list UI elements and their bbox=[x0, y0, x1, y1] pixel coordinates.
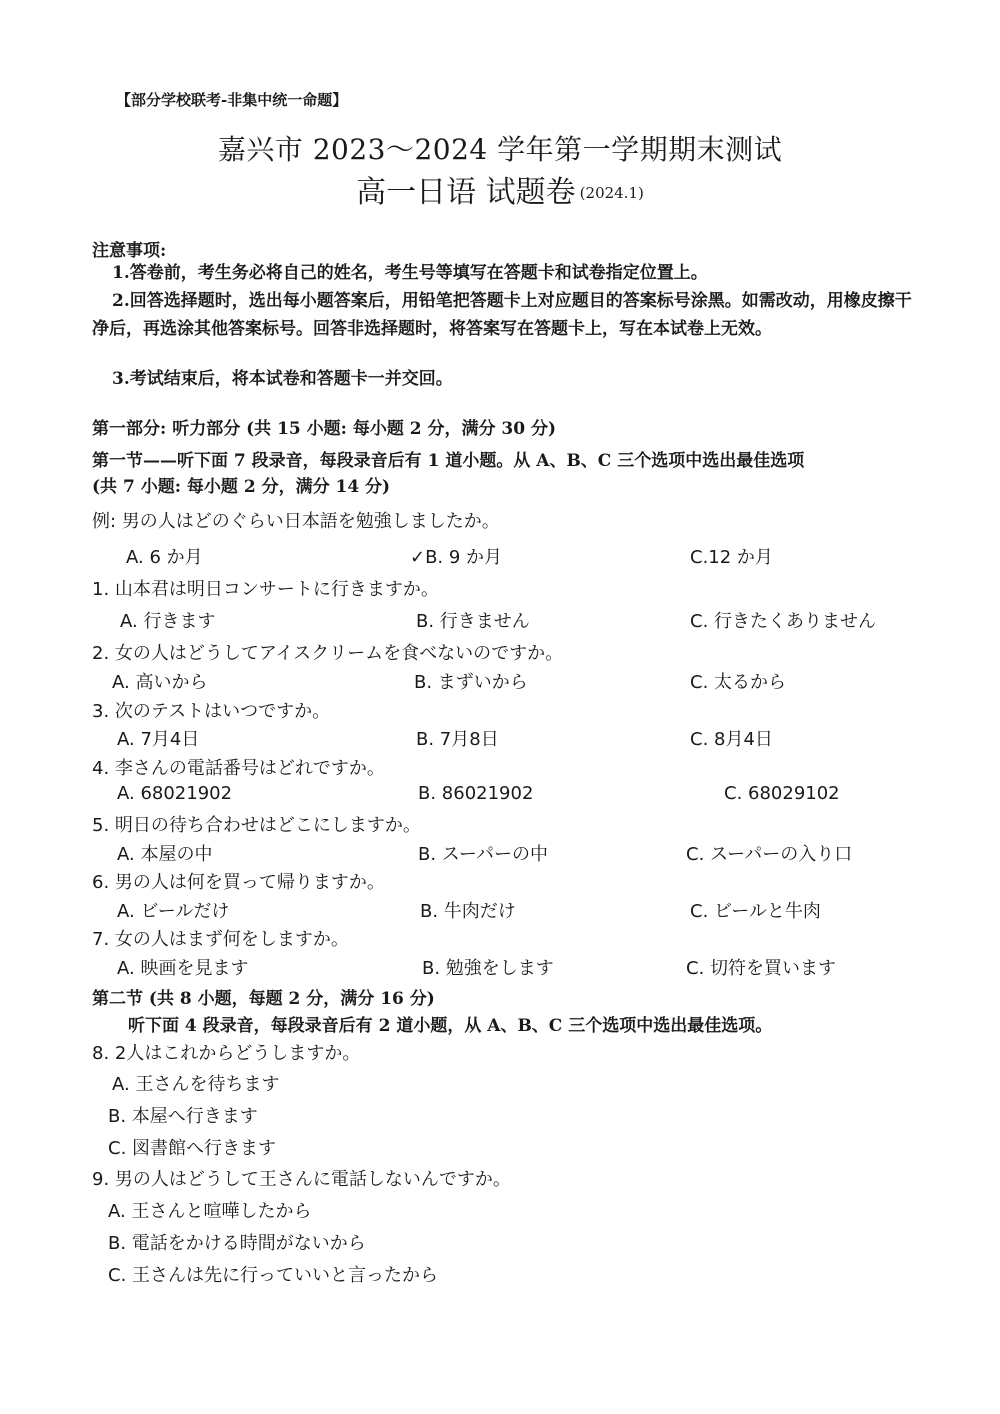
q7-option-a: A. 映画を見ます bbox=[117, 954, 248, 980]
q6-option-a: A. ビールだけ bbox=[117, 897, 229, 923]
q9-option-c: C. 王さんは先に行っていいと言ったから bbox=[108, 1261, 438, 1287]
section1-heading-cont: (共 7 小题: 每小题 2 分，满分 14 分) bbox=[92, 472, 390, 497]
q9-option-b: B. 電話をかける時間がないから bbox=[108, 1229, 366, 1255]
q4-option-c: C. 68029102 bbox=[724, 783, 840, 804]
question-1: 1. 山本君は明日コンサートに行きますか。 bbox=[92, 575, 439, 601]
example-option-b: ✓B. 9 か月 bbox=[410, 543, 502, 569]
exam-source-tag: 【部分学校联考-非集中统一命题】 bbox=[116, 89, 347, 110]
q9-option-a: A. 王さんと喧嘩したから bbox=[108, 1197, 311, 1223]
q3-option-b: B. 7月8日 bbox=[416, 725, 499, 751]
exam-title: 嘉兴市 2023～2024 学年第一学期期末测试 bbox=[0, 128, 1000, 168]
q5-option-b: B. スーパーの中 bbox=[418, 840, 548, 866]
part1-heading: 第一部分: 听力部分 (共 15 小题: 每小题 2 分，满分 30 分) bbox=[92, 414, 556, 439]
section1-heading: 第一节——听下面 7 段录音，每段录音后有 1 道小题。从 A、B、C 三个选项… bbox=[92, 446, 804, 471]
q4-option-a: A. 68021902 bbox=[117, 783, 232, 804]
q8-option-b: B. 本屋へ行きます bbox=[108, 1102, 258, 1128]
q3-option-c: C. 8月4日 bbox=[690, 725, 773, 751]
q7-option-c: C. 切符を買います bbox=[686, 954, 836, 980]
example-option-c: C.12 か月 bbox=[690, 543, 773, 569]
q4-option-b: B. 86021902 bbox=[418, 783, 533, 804]
question-6: 6. 男の人は何を買って帰りますか。 bbox=[92, 868, 385, 894]
q5-option-c: C. スーパーの入り口 bbox=[686, 840, 852, 866]
q8-option-a: A. 王さんを待ちます bbox=[112, 1070, 279, 1096]
notice-item-1: 1.答卷前，考生务必将自己的姓名，考生号等填写在答题卡和试卷指定位置上。 bbox=[92, 259, 920, 287]
q6-option-c: C. ビールと牛肉 bbox=[690, 897, 821, 923]
q7-option-b: B. 勉強をします bbox=[422, 954, 554, 980]
q2-option-a: A. 高いから bbox=[112, 668, 207, 694]
q1-option-c: C. 行きたくありません bbox=[690, 607, 876, 633]
q8-option-c: C. 図書館へ行きます bbox=[108, 1134, 276, 1160]
example-question: 例: 男の人はどのぐらい日本語を勉強しましたか。 bbox=[92, 507, 500, 533]
q5-option-a: A. 本屋の中 bbox=[117, 840, 212, 866]
section2-instruction: 听下面 4 段录音，每段录音后有 2 道小题，从 A、B、C 三个选项中选出最佳… bbox=[128, 1011, 772, 1036]
question-9: 9. 男の人はどうして王さんに電話しないんですか。 bbox=[92, 1165, 511, 1191]
notice-heading: 注意事项: bbox=[92, 236, 166, 261]
exam-date: (2024.1) bbox=[580, 184, 644, 202]
q6-option-b: B. 牛肉だけ bbox=[420, 897, 516, 923]
question-4: 4. 李さんの電話番号はどれですか。 bbox=[92, 754, 385, 780]
q1-option-b: B. 行きません bbox=[416, 607, 530, 633]
notice-item-3: 3.考试结束后，将本试卷和答题卡一并交回。 bbox=[92, 365, 920, 393]
exam-subtitle: 高一日语 试题卷(2024.1) bbox=[0, 167, 1000, 211]
notice-item-2: 2.回答选择题时，选出每小题答案后，用铅笔把答题卡上对应题目的答案标号涂黑。如需… bbox=[92, 287, 920, 343]
question-8: 8. 2人はこれからどうしますか。 bbox=[92, 1039, 360, 1065]
q3-option-a: A. 7月4日 bbox=[117, 725, 199, 751]
q2-option-c: C. 太るから bbox=[690, 668, 786, 694]
subject-title: 高一日语 试题卷 bbox=[356, 175, 576, 210]
section2-heading: 第二节 (共 8 小题，每题 2 分，满分 16 分) bbox=[92, 984, 435, 1009]
question-7: 7. 女の人はまず何をしますか。 bbox=[92, 925, 349, 951]
q1-option-a: A. 行きます bbox=[120, 607, 215, 633]
question-2: 2. 女の人はどうしてアイスクリームを食べないのですか。 bbox=[92, 639, 563, 665]
question-5: 5. 明日の待ち合わせはどこにしますか。 bbox=[92, 811, 421, 837]
question-3: 3. 次のテストはいつですか。 bbox=[92, 697, 330, 723]
example-option-a: A. 6 か月 bbox=[126, 543, 203, 569]
q2-option-b: B. まずいから bbox=[414, 668, 528, 694]
